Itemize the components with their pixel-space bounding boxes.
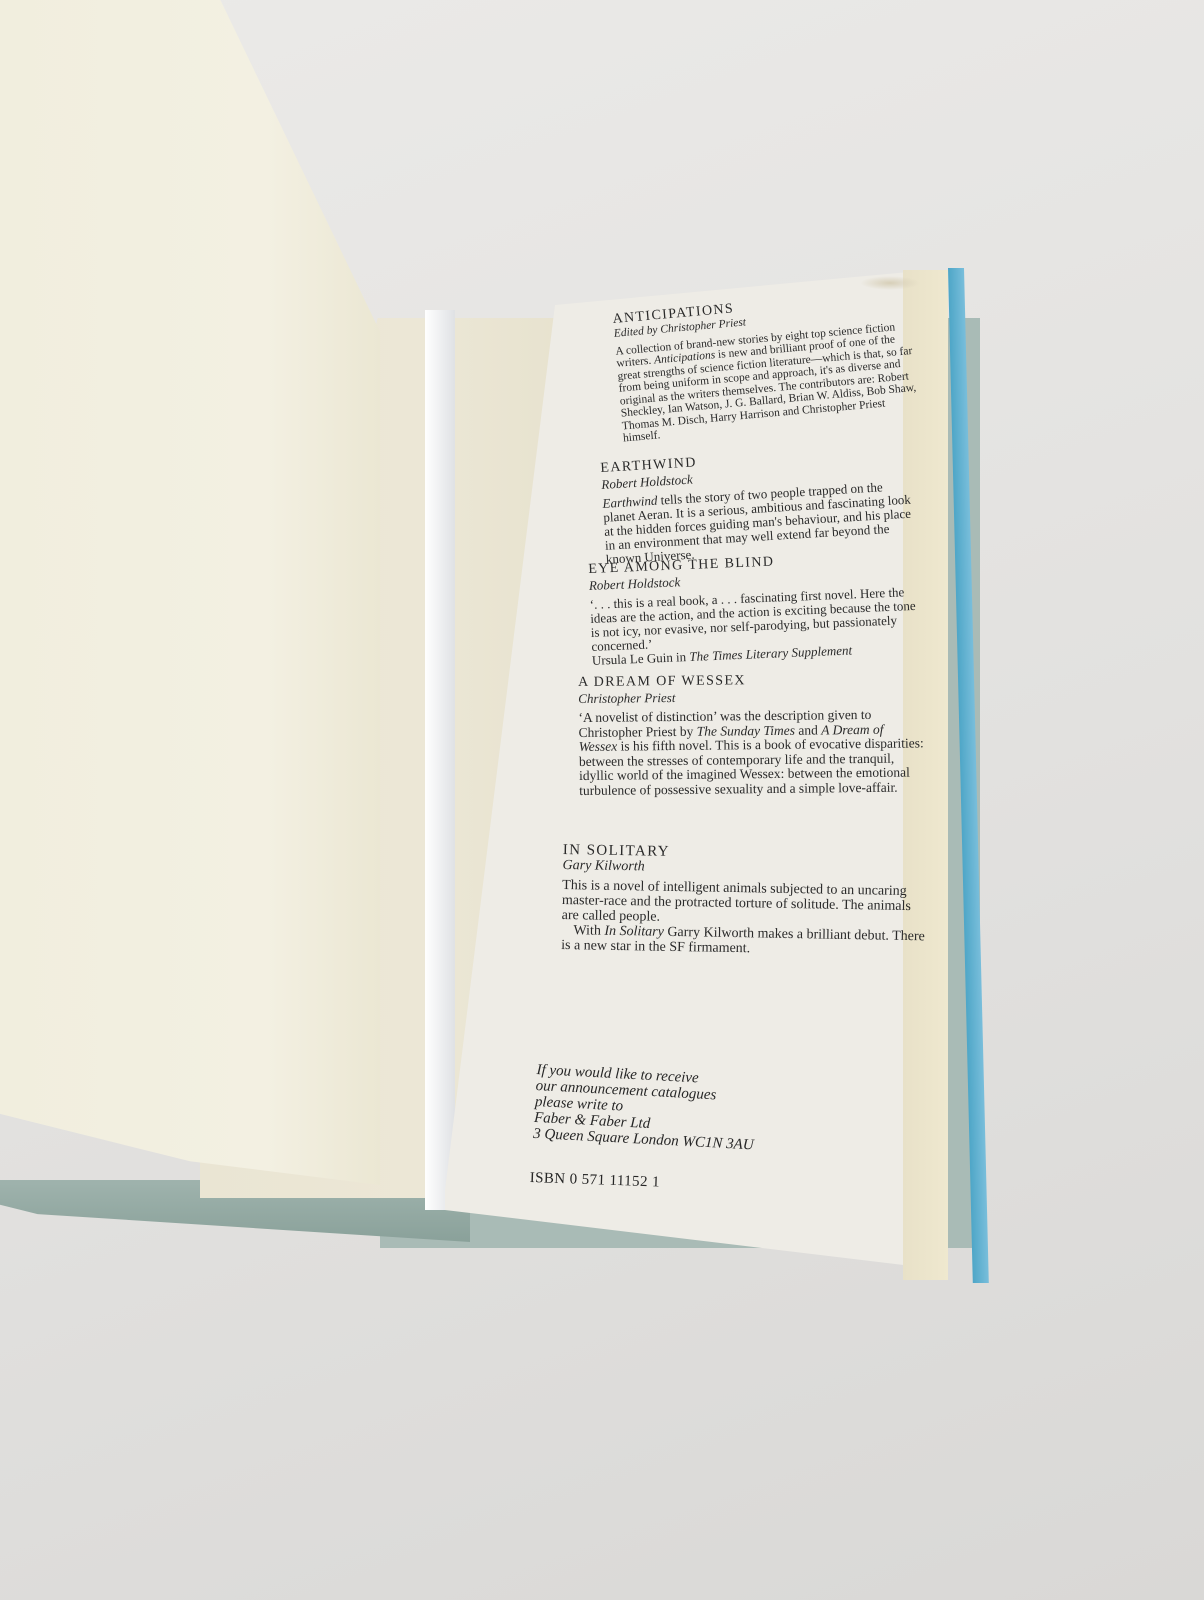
entry-eye-among-the-blind: EYE AMONG THE BLIND Robert Holdstock ‘. … <box>588 549 922 668</box>
body-text: and <box>795 722 821 737</box>
book-photo-scene: ANTICIPATIONS Edited by Christopher Prie… <box>0 0 1204 1600</box>
entry-body: ‘A novelist of distinction’ was the desc… <box>578 707 924 798</box>
body-text: is his fifth novel. This is a book of ev… <box>579 735 924 797</box>
entry-anticipations: ANTICIPATIONS Edited by Christopher Prie… <box>612 286 922 445</box>
entry-body-para2: With In Solitary Garry Kilworth makes a … <box>561 923 926 959</box>
book-title-italic: In Solitary <box>604 924 664 940</box>
entry-earthwind: EARTHWIND Robert Holdstock Earthwind tel… <box>600 442 918 566</box>
publisher-contact: If you would like to receive our announc… <box>533 1062 837 1158</box>
entry-a-dream-of-wessex: A DREAM OF WESSEX Christopher Priest ‘A … <box>578 671 924 798</box>
publication-italic: The Sunday Times <box>697 722 795 738</box>
body-text: With <box>573 923 604 939</box>
entry-author: Christopher Priest <box>578 687 923 706</box>
entry-in-solitary: IN SOLITARY Gary Kilworth This is a nove… <box>561 842 928 959</box>
jacket-flap-edge <box>425 310 455 1210</box>
entry-body: This is a novel of intelligent animals s… <box>562 878 928 929</box>
